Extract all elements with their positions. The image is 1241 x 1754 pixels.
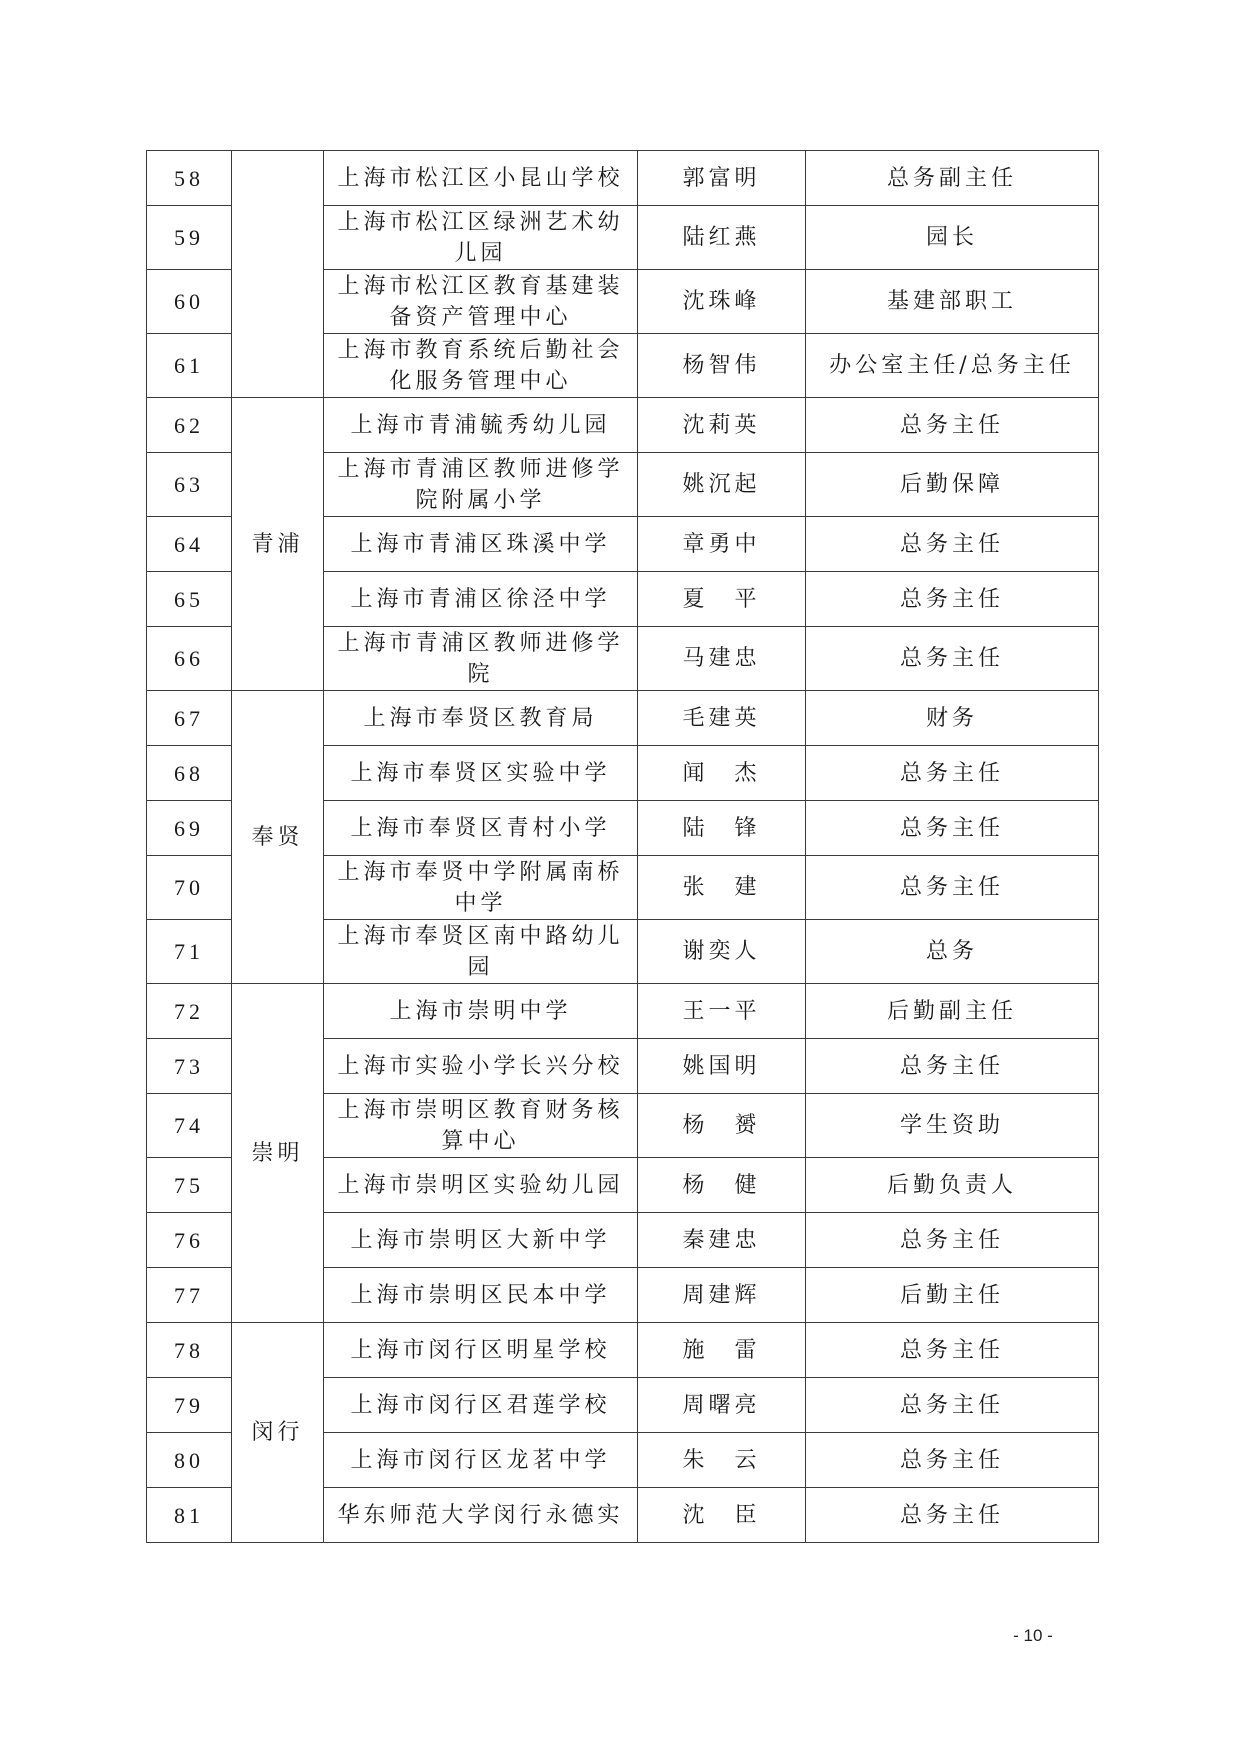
duty-cell: 总务 bbox=[806, 920, 1099, 984]
duty-cell: 总务主任 bbox=[806, 1039, 1099, 1094]
district-cell: 青浦 bbox=[232, 398, 324, 691]
name-cell: 杨智伟 bbox=[638, 334, 806, 398]
duty-cell: 总务主任 bbox=[806, 627, 1099, 691]
organization-cell: 上海市奉贤中学附属南桥中学 bbox=[324, 856, 638, 920]
name-cell: 章勇中 bbox=[638, 517, 806, 572]
name-cell: 马建忠 bbox=[638, 627, 806, 691]
duty-cell: 总务主任 bbox=[806, 1488, 1099, 1543]
name-cell: 夏 平 bbox=[638, 572, 806, 627]
name-cell: 张 建 bbox=[638, 856, 806, 920]
duty-cell: 后勤保障 bbox=[806, 453, 1099, 517]
district-cell: 闵行 bbox=[232, 1323, 324, 1543]
duty-cell: 总务主任 bbox=[806, 801, 1099, 856]
row-number: 81 bbox=[147, 1488, 232, 1543]
table-row: 78 闵行 上海市闵行区明星学校 施 雷 总务主任 bbox=[147, 1323, 1099, 1378]
row-number: 66 bbox=[147, 627, 232, 691]
duty-cell: 总务主任 bbox=[806, 856, 1099, 920]
row-number: 79 bbox=[147, 1378, 232, 1433]
organization-cell: 上海市崇明中学 bbox=[324, 984, 638, 1039]
table-row: 58 上海市松江区小昆山学校 郭富明 总务副主任 bbox=[147, 151, 1099, 206]
row-number: 65 bbox=[147, 572, 232, 627]
organization-cell: 上海市崇明区实验幼儿园 bbox=[324, 1158, 638, 1213]
duty-cell: 总务主任 bbox=[806, 1213, 1099, 1268]
row-number: 77 bbox=[147, 1268, 232, 1323]
duty-cell: 总务主任 bbox=[806, 1323, 1099, 1378]
organization-cell: 上海市闵行区龙茗中学 bbox=[324, 1433, 638, 1488]
duty-cell: 园长 bbox=[806, 206, 1099, 270]
name-cell: 王一平 bbox=[638, 984, 806, 1039]
district-cell: 崇明 bbox=[232, 984, 324, 1323]
name-cell: 沈珠峰 bbox=[638, 270, 806, 334]
organization-cell: 上海市松江区绿洲艺术幼儿园 bbox=[324, 206, 638, 270]
name-cell: 沈莉英 bbox=[638, 398, 806, 453]
organization-cell: 上海市奉贤区实验中学 bbox=[324, 746, 638, 801]
organization-cell: 上海市松江区教育基建装备资产管理中心 bbox=[324, 270, 638, 334]
row-number: 61 bbox=[147, 334, 232, 398]
roster-table: 58 上海市松江区小昆山学校 郭富明 总务副主任 59 上海市松江区绿洲艺术幼儿… bbox=[146, 150, 1099, 1543]
duty-cell: 后勤副主任 bbox=[806, 984, 1099, 1039]
duty-cell: 总务主任 bbox=[806, 1378, 1099, 1433]
row-number: 60 bbox=[147, 270, 232, 334]
page-number: - 10 - bbox=[1003, 1626, 1063, 1646]
duty-cell: 总务主任 bbox=[806, 572, 1099, 627]
organization-cell: 上海市闵行区明星学校 bbox=[324, 1323, 638, 1378]
duty-cell: 总务主任 bbox=[806, 517, 1099, 572]
name-cell: 施 雷 bbox=[638, 1323, 806, 1378]
organization-cell: 上海市青浦区珠溪中学 bbox=[324, 517, 638, 572]
row-number: 80 bbox=[147, 1433, 232, 1488]
row-number: 78 bbox=[147, 1323, 232, 1378]
document-page: 58 上海市松江区小昆山学校 郭富明 总务副主任 59 上海市松江区绿洲艺术幼儿… bbox=[0, 0, 1241, 1754]
name-cell: 周曙亮 bbox=[638, 1378, 806, 1433]
name-cell: 姚沉起 bbox=[638, 453, 806, 517]
organization-cell: 上海市闵行区君莲学校 bbox=[324, 1378, 638, 1433]
organization-cell: 上海市奉贤区教育局 bbox=[324, 691, 638, 746]
organization-cell: 上海市奉贤区青村小学 bbox=[324, 801, 638, 856]
name-cell: 周建辉 bbox=[638, 1268, 806, 1323]
district-cell: 奉贤 bbox=[232, 691, 324, 984]
duty-cell: 办公室主任/总务主任 bbox=[806, 334, 1099, 398]
name-cell: 陆 锋 bbox=[638, 801, 806, 856]
row-number: 74 bbox=[147, 1094, 232, 1158]
name-cell: 陆红燕 bbox=[638, 206, 806, 270]
name-cell: 谢奕人 bbox=[638, 920, 806, 984]
organization-cell: 上海市青浦区教师进修学院 bbox=[324, 627, 638, 691]
duty-cell: 学生资助 bbox=[806, 1094, 1099, 1158]
row-number: 67 bbox=[147, 691, 232, 746]
name-cell: 秦建忠 bbox=[638, 1213, 806, 1268]
duty-cell: 总务主任 bbox=[806, 398, 1099, 453]
duty-cell: 财务 bbox=[806, 691, 1099, 746]
row-number: 73 bbox=[147, 1039, 232, 1094]
organization-cell: 上海市青浦区教师进修学院附属小学 bbox=[324, 453, 638, 517]
organization-cell: 上海市崇明区民本中学 bbox=[324, 1268, 638, 1323]
organization-cell: 上海市松江区小昆山学校 bbox=[324, 151, 638, 206]
row-number: 58 bbox=[147, 151, 232, 206]
table-row: 67 奉贤 上海市奉贤区教育局 毛建英 财务 bbox=[147, 691, 1099, 746]
name-cell: 朱 云 bbox=[638, 1433, 806, 1488]
duty-cell: 基建部职工 bbox=[806, 270, 1099, 334]
organization-cell: 上海市崇明区大新中学 bbox=[324, 1213, 638, 1268]
name-cell: 毛建英 bbox=[638, 691, 806, 746]
duty-cell: 总务主任 bbox=[806, 1433, 1099, 1488]
organization-cell: 上海市青浦区徐泾中学 bbox=[324, 572, 638, 627]
name-cell: 郭富明 bbox=[638, 151, 806, 206]
row-number: 76 bbox=[147, 1213, 232, 1268]
organization-cell: 上海市崇明区教育财务核算中心 bbox=[324, 1094, 638, 1158]
duty-cell: 总务副主任 bbox=[806, 151, 1099, 206]
duty-cell: 后勤主任 bbox=[806, 1268, 1099, 1323]
row-number: 59 bbox=[147, 206, 232, 270]
table-row: 72 崇明 上海市崇明中学 王一平 后勤副主任 bbox=[147, 984, 1099, 1039]
organization-cell: 上海市教育系统后勤社会化服务管理中心 bbox=[324, 334, 638, 398]
row-number: 62 bbox=[147, 398, 232, 453]
row-number: 72 bbox=[147, 984, 232, 1039]
row-number: 64 bbox=[147, 517, 232, 572]
organization-cell: 上海市青浦毓秀幼儿园 bbox=[324, 398, 638, 453]
name-cell: 沈 臣 bbox=[638, 1488, 806, 1543]
organization-cell: 华东师范大学闵行永德实 bbox=[324, 1488, 638, 1543]
row-number: 70 bbox=[147, 856, 232, 920]
name-cell: 杨 健 bbox=[638, 1158, 806, 1213]
row-number: 75 bbox=[147, 1158, 232, 1213]
name-cell: 姚国明 bbox=[638, 1039, 806, 1094]
organization-cell: 上海市奉贤区南中路幼儿园 bbox=[324, 920, 638, 984]
row-number: 63 bbox=[147, 453, 232, 517]
duty-cell: 后勤负责人 bbox=[806, 1158, 1099, 1213]
row-number: 69 bbox=[147, 801, 232, 856]
name-cell: 闻 杰 bbox=[638, 746, 806, 801]
row-number: 68 bbox=[147, 746, 232, 801]
district-cell bbox=[232, 151, 324, 398]
duty-cell: 总务主任 bbox=[806, 746, 1099, 801]
row-number: 71 bbox=[147, 920, 232, 984]
name-cell: 杨 赟 bbox=[638, 1094, 806, 1158]
organization-cell: 上海市实验小学长兴分校 bbox=[324, 1039, 638, 1094]
table-row: 62 青浦 上海市青浦毓秀幼儿园 沈莉英 总务主任 bbox=[147, 398, 1099, 453]
